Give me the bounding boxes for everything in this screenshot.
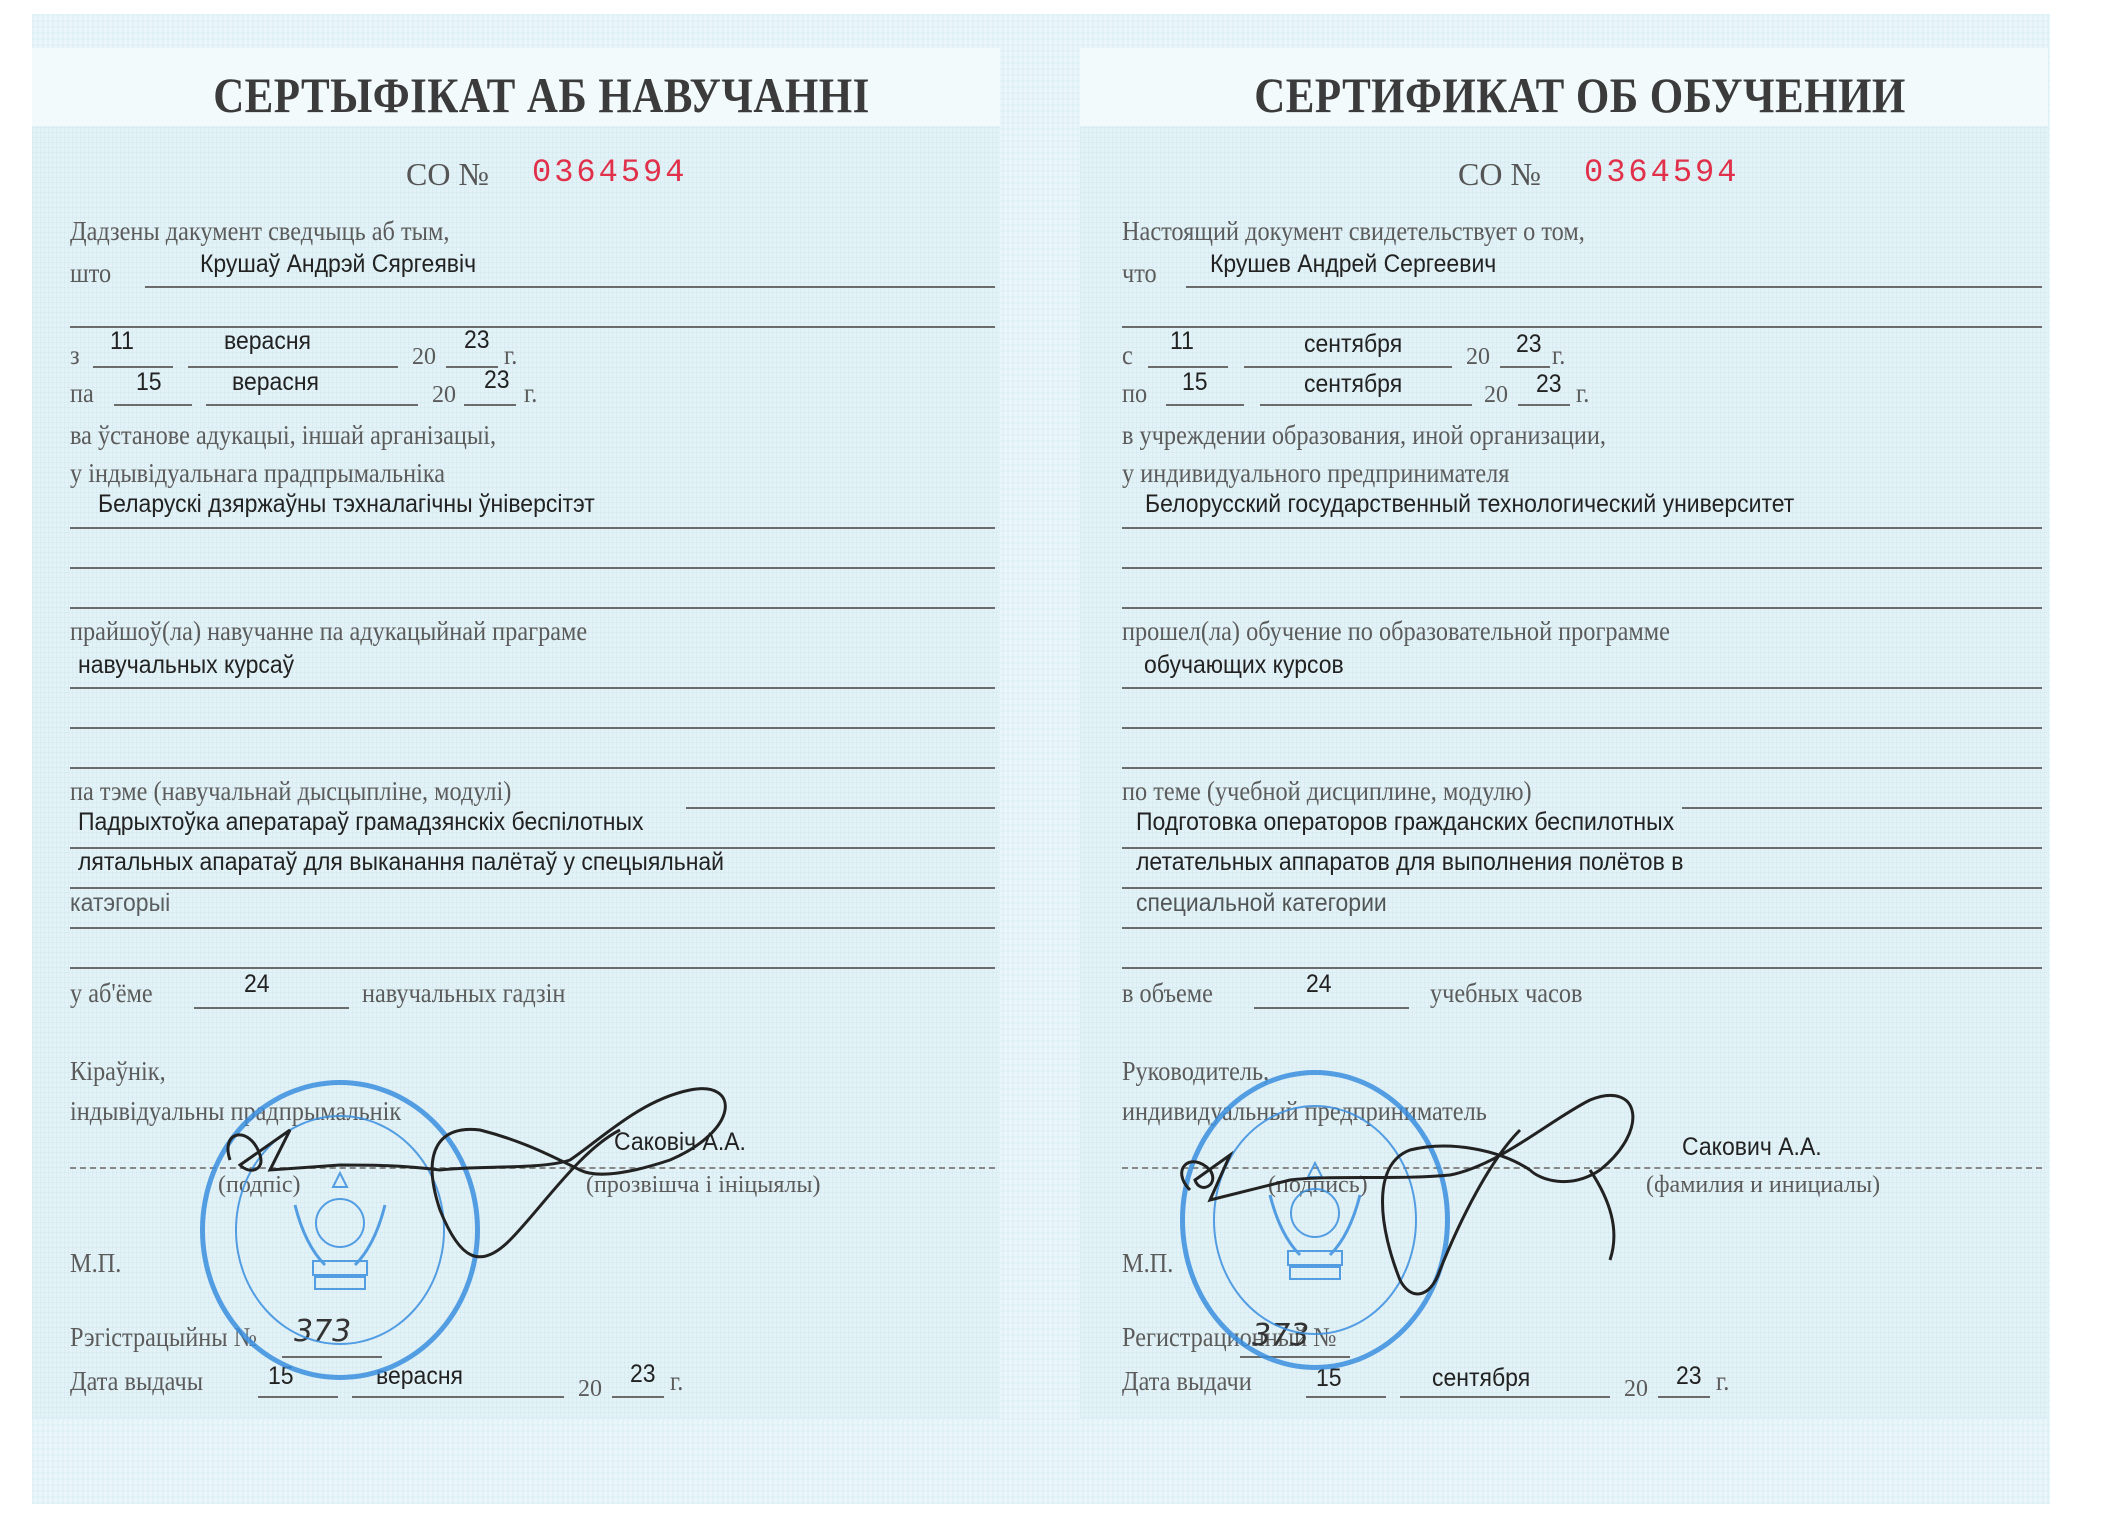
rule — [1518, 404, 1570, 406]
rule — [70, 767, 995, 769]
to-year: 23 — [484, 366, 510, 395]
from-century: 20 — [1466, 344, 1490, 371]
rule — [1682, 807, 2042, 809]
serial-number: 0364594 — [1584, 154, 1739, 191]
rule — [70, 887, 995, 889]
institution-name: Белорусский государственный технологичес… — [1145, 490, 1794, 519]
topic-line: Подготовка операторов гражданских беспил… — [1136, 808, 1674, 837]
serial-label: СО № — [1458, 156, 1541, 193]
rule — [1400, 1396, 1610, 1398]
rule — [1122, 687, 2042, 689]
rule — [70, 567, 995, 569]
to-day: 15 — [136, 368, 162, 397]
rule — [70, 326, 995, 328]
program-name: навучальных курсаў — [78, 651, 294, 680]
hours-value: 24 — [1306, 970, 1332, 999]
name-prefix: што — [70, 258, 111, 289]
topic-line: летательных аппаратов для выполнения пол… — [1136, 848, 1683, 877]
issue-year: 23 — [1676, 1362, 1702, 1391]
holder-name: Крушаў Андрэй Сяргеявіч — [200, 250, 476, 279]
serial-label: СО № — [406, 156, 489, 193]
rule — [1260, 404, 1472, 406]
institution-label: у індывідуальнага прадпрымальніка — [70, 458, 445, 489]
year-suffix: г. — [670, 1366, 683, 1397]
rule — [206, 404, 418, 406]
program-label: прайшоў(ла) навучанне па адукацыйнай пра… — [70, 616, 587, 647]
rule — [1122, 967, 2042, 969]
intro-text: Настоящий документ свидетельствует о том… — [1122, 216, 1585, 247]
rule — [114, 404, 192, 406]
institution-name: Беларускі дзяржаўны тэхналагічны ўніверс… — [98, 490, 595, 519]
seal-label: М.П. — [70, 1248, 121, 1279]
rule — [1254, 1007, 1409, 1009]
intro-text: Дадзены дакумент сведчыць аб тым, — [70, 216, 449, 247]
year-suffix: г. — [1576, 378, 1589, 409]
year-suffix: г. — [1716, 1366, 1729, 1397]
topic-line: лятальных апаратаў для выканання палётаў… — [78, 848, 724, 877]
to-month: верасня — [232, 368, 319, 397]
rule — [1122, 767, 2042, 769]
rule — [1122, 326, 2042, 328]
from-year: 23 — [1516, 330, 1542, 359]
from-prefix: с — [1122, 340, 1133, 371]
rule — [70, 967, 995, 969]
serial-number: 0364594 — [532, 154, 687, 191]
rule — [1244, 366, 1452, 368]
from-century: 20 — [412, 344, 436, 371]
certificate-title: СЕРТИФИКАТ ОБ ОБУЧЕНИИ — [1253, 66, 1907, 124]
topic-label: по теме (учебной дисциплине, модулю) — [1122, 776, 1532, 807]
from-prefix: з — [70, 340, 80, 371]
program-name: обучающих курсов — [1144, 651, 1344, 680]
to-day: 15 — [1182, 368, 1208, 397]
institution-label: ва ўстанове адукацыі, іншай арганізацыі, — [70, 420, 496, 451]
rule — [686, 807, 995, 809]
program-label: прошел(ла) обучение по образовательной п… — [1122, 616, 1670, 647]
rule — [1166, 404, 1244, 406]
to-year: 23 — [1536, 370, 1562, 399]
signature-right — [1170, 1070, 1690, 1310]
to-prefix: по — [1122, 378, 1147, 409]
seal-label: М.П. — [1122, 1248, 1173, 1279]
issue-label: Дата выдачы — [70, 1366, 203, 1397]
rule — [1122, 527, 2042, 529]
rule — [145, 286, 995, 288]
rule — [194, 1007, 349, 1009]
issue-century: 20 — [578, 1376, 602, 1403]
rule — [258, 1396, 338, 1398]
rule — [1122, 607, 2042, 609]
rule — [464, 404, 516, 406]
to-century: 20 — [1484, 382, 1508, 409]
topic-line: специальной категории — [1136, 889, 1387, 918]
head-label: Кіраўнік, — [70, 1056, 166, 1087]
certificate-title: СЕРТЫФІКАТ АБ НАВУЧАННІ — [213, 66, 867, 124]
issue-month: сентября — [1432, 1364, 1530, 1393]
hours-suffix: учебных часов — [1430, 978, 1582, 1009]
rule — [70, 527, 995, 529]
topic-line: Падрыхтоўка аператараў грамадзянскіх бес… — [78, 808, 644, 837]
rule — [1306, 1396, 1386, 1398]
from-day: 11 — [1170, 327, 1194, 356]
to-prefix: па — [70, 378, 94, 409]
from-month: верасня — [224, 327, 311, 356]
hours-suffix: навучальных гадзін — [362, 978, 565, 1009]
rule — [1500, 366, 1550, 368]
rule — [1186, 286, 2042, 288]
head-name: Сакович А.А. — [1682, 1133, 1822, 1162]
year-suffix: г. — [1552, 340, 1565, 371]
rule — [1122, 727, 2042, 729]
signature-left — [220, 1070, 760, 1310]
from-day: 11 — [110, 327, 134, 356]
rule — [1122, 927, 2042, 929]
issue-label: Дата выдачи — [1122, 1366, 1252, 1397]
rule — [70, 687, 995, 689]
hours-prefix: в объеме — [1122, 978, 1213, 1009]
institution-label: у индивидуального предпринимателя — [1122, 458, 1509, 489]
rule — [352, 1396, 564, 1398]
holder-name: Крушев Андрей Сергеевич — [1210, 250, 1496, 279]
reg-label: Рэгістрацыйны № — [70, 1322, 257, 1353]
rule — [70, 727, 995, 729]
from-year: 23 — [464, 326, 490, 355]
rule — [612, 1396, 664, 1398]
issue-century: 20 — [1624, 1376, 1648, 1403]
hours-prefix: у аб'ёме — [70, 978, 153, 1009]
to-century: 20 — [432, 382, 456, 409]
issue-year: 23 — [630, 1360, 656, 1389]
year-suffix: г. — [524, 378, 537, 409]
rule — [1658, 1396, 1710, 1398]
name-prefix: что — [1122, 258, 1157, 289]
topic-label: па тэме (навучальнай дысцыпліне, модулі) — [70, 776, 511, 807]
rule — [70, 607, 995, 609]
rule — [1122, 567, 2042, 569]
institution-label: в учреждении образования, иной организац… — [1122, 420, 1606, 451]
hours-value: 24 — [244, 970, 270, 999]
rule — [70, 927, 995, 929]
from-month: сентября — [1304, 330, 1402, 359]
topic-line: катэгорыі — [70, 889, 170, 918]
to-month: сентября — [1304, 370, 1402, 399]
